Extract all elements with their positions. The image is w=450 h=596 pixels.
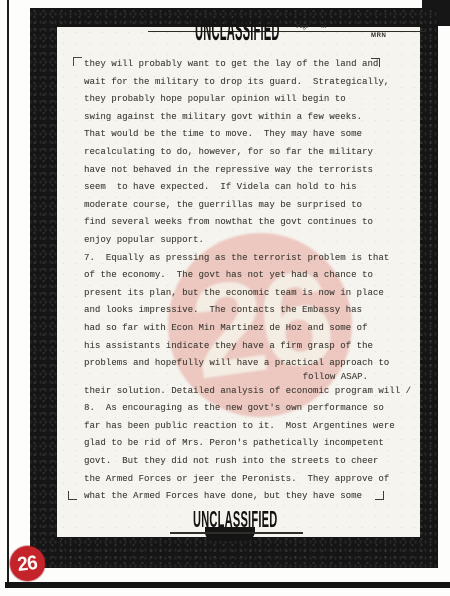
- typewritten-line: have not behaved in the repressive way t…: [84, 162, 394, 180]
- header-ruled-line: [148, 31, 425, 32]
- typewritten-line: what the Armed Forces have done, but the…: [84, 488, 394, 506]
- page-label: Page: [296, 24, 309, 31]
- typewritten-line: swing against the military govt within a…: [84, 109, 394, 127]
- typewritten-line: 7. Equally as pressing as the terrorist …: [84, 250, 394, 268]
- scan-edge-line-bottom: [5, 582, 450, 588]
- typewritten-line: moderate course, the guerrillas may be s…: [84, 197, 394, 215]
- bottom-stamp-underline: [170, 532, 303, 534]
- scan-edge-line-left: [7, 0, 9, 584]
- scanned-document-page: 26 Page of MRN UNCLASSIFIED they will pr…: [0, 0, 450, 596]
- unclassified-stamp-bottom: UNCLASSIFIED: [193, 508, 277, 531]
- typewritten-text-block: they will probably want to get the lay o…: [84, 56, 394, 506]
- photocopy-black-border: 26 Page of MRN UNCLASSIFIED they will pr…: [30, 8, 438, 568]
- document-paper: 26 Page of MRN UNCLASSIFIED they will pr…: [57, 27, 420, 537]
- typewritten-line: had so far with Econ Min Martinez de Hoz…: [84, 320, 394, 338]
- unclassified-stamp-top: UNCLASSIFIED: [195, 14, 280, 45]
- typewritten-line: and looks impressive. The contacts the E…: [84, 302, 394, 320]
- typewritten-line: his assistants indicate they have a firm…: [84, 338, 394, 356]
- badge-number: 26: [17, 552, 39, 574]
- typewritten-line: govt. But they did not rush into the str…: [84, 453, 394, 471]
- typewritten-line: glad to be rid of Mrs. Peron's pathetica…: [84, 435, 394, 453]
- corner-mark-top-right: [371, 58, 380, 67]
- typewritten-line: they will probably want to get the lay o…: [84, 56, 394, 74]
- typewritten-line: 8. As encouraging as the new govt's own …: [84, 400, 394, 418]
- typewritten-line: find several weeks from nowthat the govt…: [84, 214, 394, 232]
- typewritten-line: they probably hope popular opinion will …: [84, 91, 394, 109]
- corner-mark-bottom-left: [68, 491, 77, 500]
- typewritten-line: their solution. Detailed analysis of eco…: [84, 383, 394, 401]
- typewritten-line: enjoy popular support.: [84, 232, 394, 250]
- mrn-label: MRN: [371, 33, 386, 39]
- corner-mark-top-left: [73, 57, 82, 66]
- typewritten-line: of the economy. The govt has not yet had…: [84, 267, 394, 285]
- of-label: of: [321, 24, 326, 31]
- page-number-badge: 26: [10, 546, 45, 581]
- corner-mark-bottom-right: [375, 491, 384, 500]
- typewritten-line: wait for the military to drop its guard.…: [84, 74, 394, 92]
- typewritten-line: seem to have expected. If Videla can hol…: [84, 179, 394, 197]
- typewritten-line: recalculating to do, however, for so far…: [84, 144, 394, 162]
- typewritten-line: the Armed Forces or jeer the Peronists. …: [84, 471, 394, 489]
- typewritten-line: far has been public reaction to it. Most…: [84, 418, 394, 436]
- typewritten-line: That would be the time to move. They may…: [84, 126, 394, 144]
- typewritten-line: present its plan, but the economic team …: [84, 285, 394, 303]
